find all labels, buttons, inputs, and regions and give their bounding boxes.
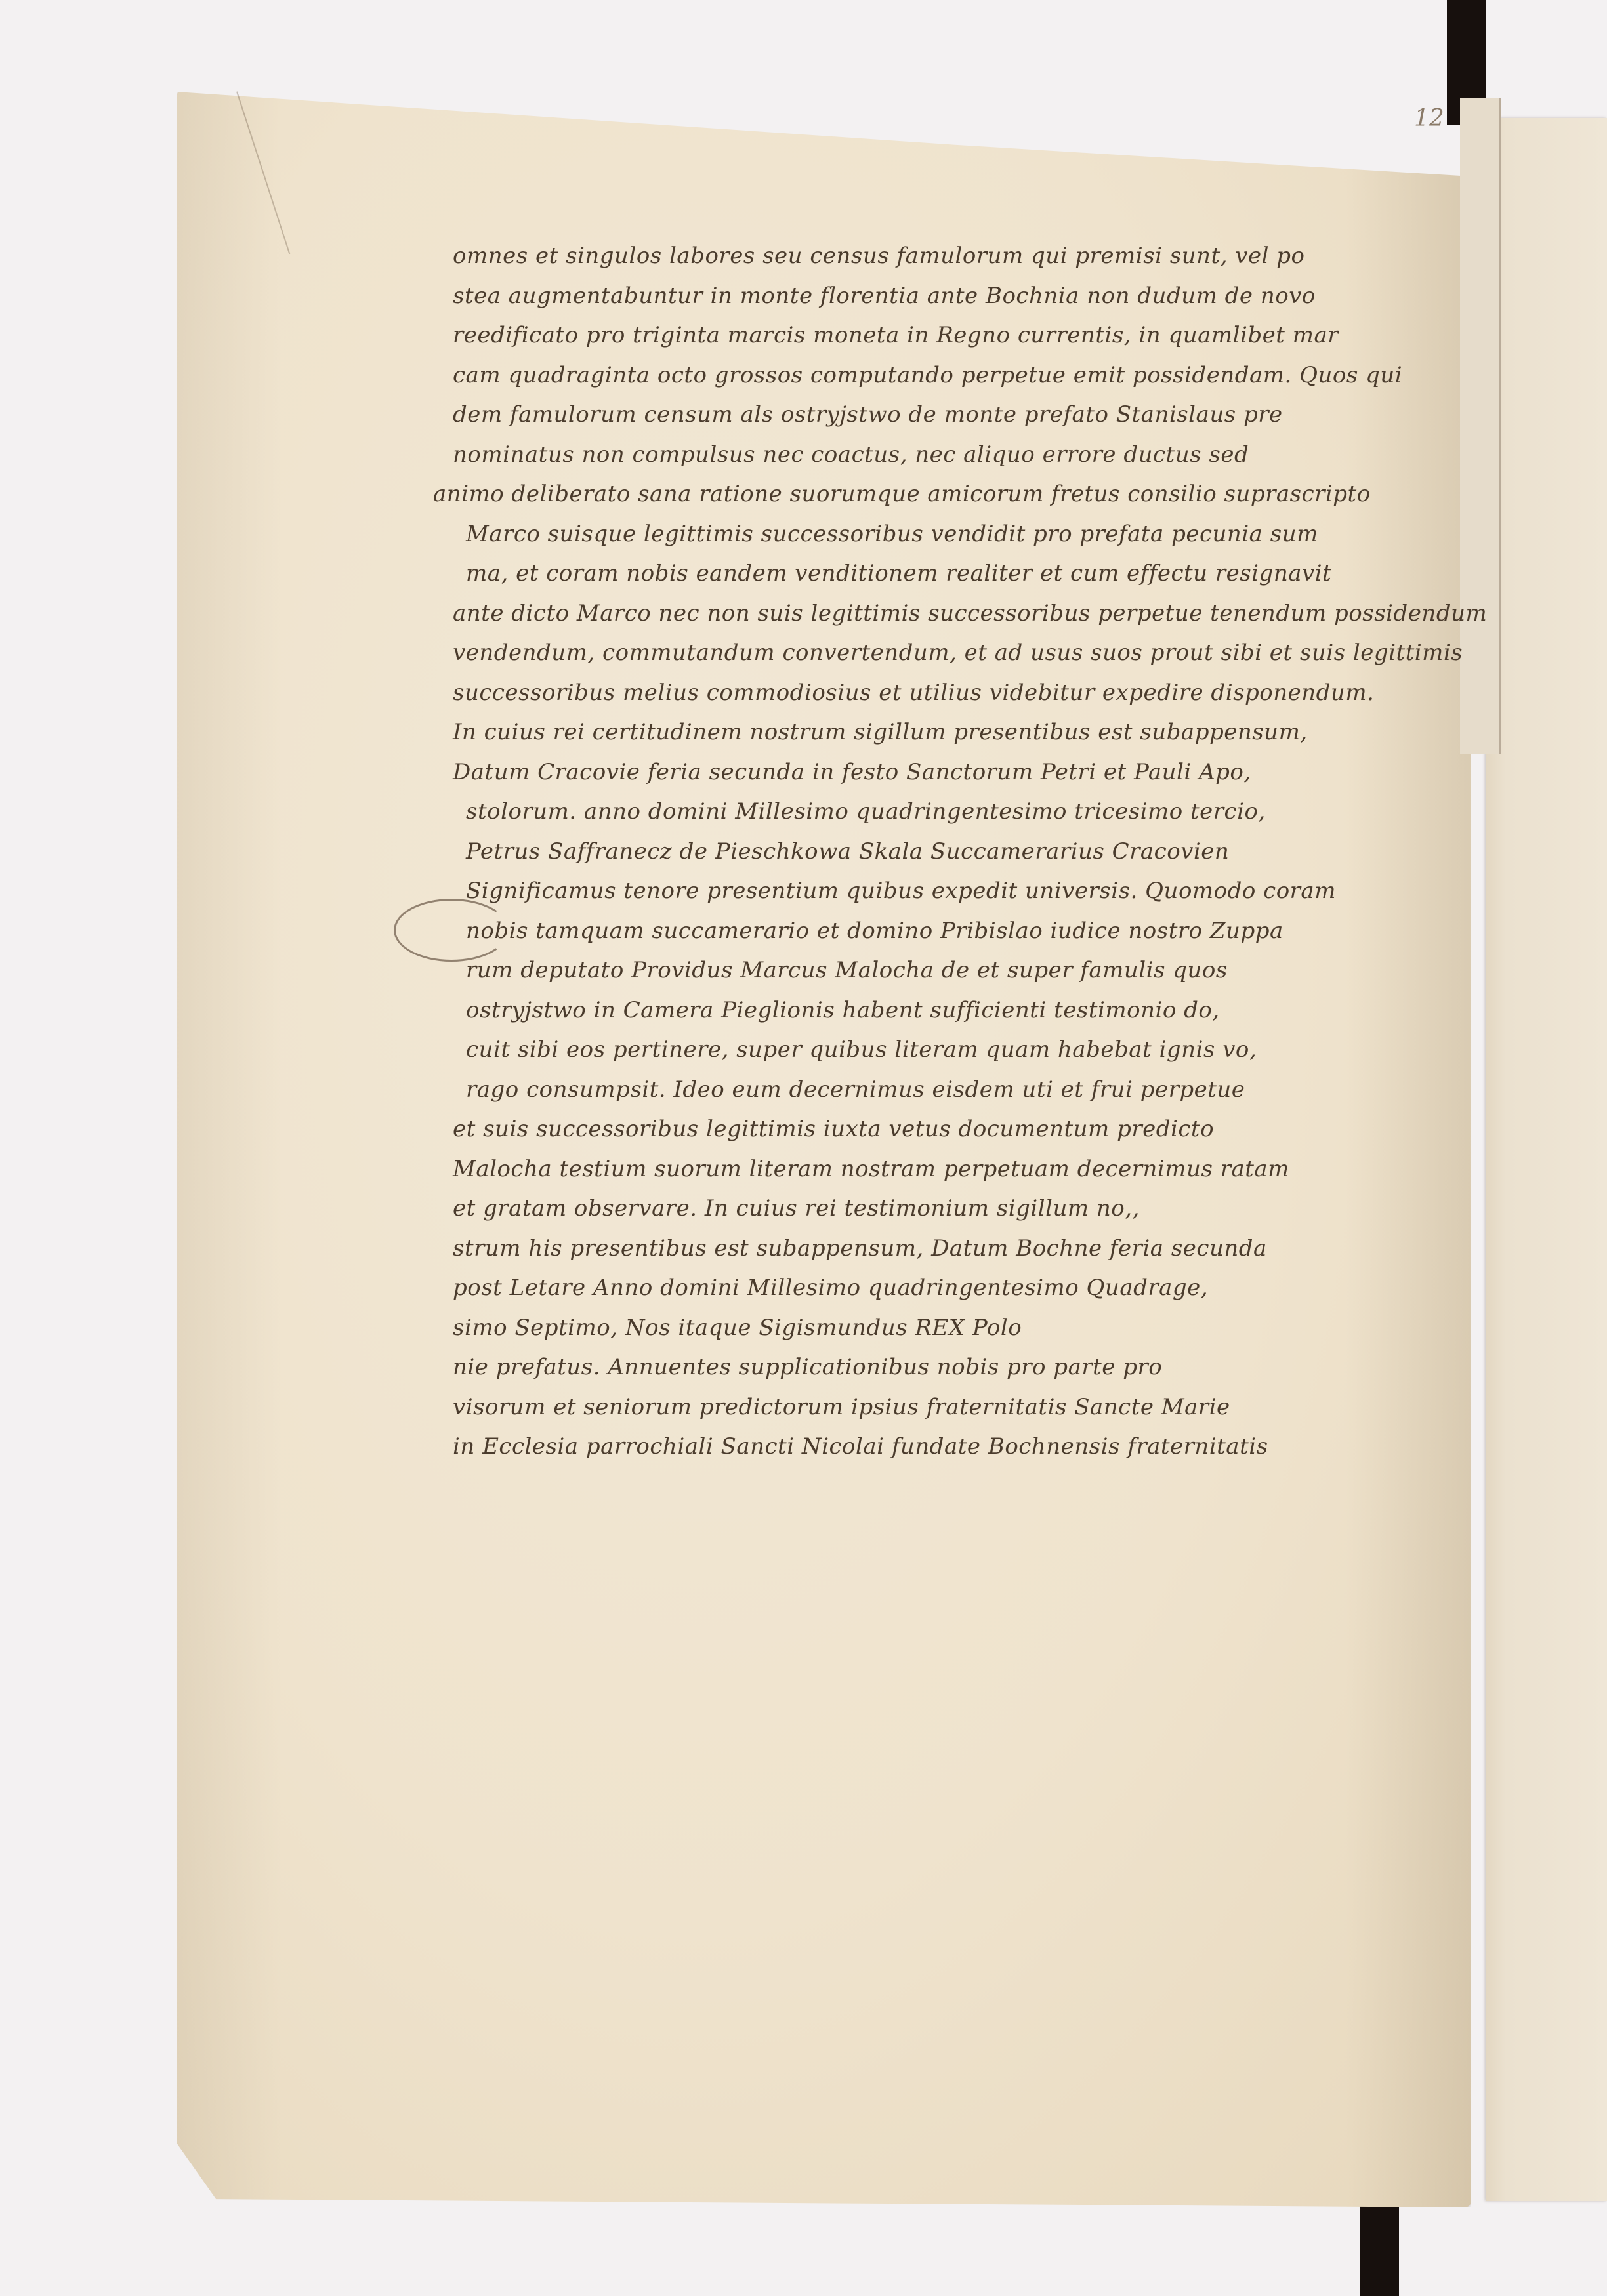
text-line: Petrus Saffranecz de Pieschkowa Skala Su…: [466, 832, 1450, 872]
text-line: nobis tamquam succamerario et domino Pri…: [466, 911, 1450, 951]
text-line: et suis successoribus legittimis iuxta v…: [453, 1109, 1450, 1149]
manuscript-text: omnes et singulos labores seu census fam…: [453, 236, 1450, 1467]
text-line: strum his presentibus est subappensum, D…: [453, 1229, 1450, 1269]
text-line: ma, et coram nobis eandem venditionem re…: [466, 554, 1450, 594]
text-line: in Ecclesia parrochiali Sancti Nicolai f…: [453, 1427, 1450, 1467]
binding-guard-strip: [1460, 98, 1501, 754]
text-line: cam quadraginta octo grossos computando …: [453, 356, 1450, 396]
text-line: vendendum, commutandum convertendum, et …: [453, 633, 1450, 673]
text-line: post Letare Anno domini Millesimo quadri…: [453, 1268, 1450, 1308]
text-line: rago consumpsit. Ideo eum decernimus eis…: [466, 1070, 1450, 1110]
text-line: animo deliberato sana ratione suorumque …: [433, 474, 1450, 514]
text-line: simo Septimo, Nos itaque Sigismundus REX…: [453, 1308, 1450, 1348]
text-line: reedificato pro triginta marcis moneta i…: [453, 316, 1450, 356]
text-line: successoribus melius commodiosius et uti…: [453, 673, 1450, 713]
text-line: nie prefatus. Annuentes supplicationibus…: [453, 1347, 1450, 1387]
text-line: Significamus tenore presentium quibus ex…: [466, 871, 1450, 911]
text-line: et gratam observare. In cuius rei testim…: [453, 1189, 1450, 1229]
text-line: Malocha testium suorum literam nostram p…: [453, 1149, 1450, 1189]
adjacent-folio: [1486, 118, 1607, 2201]
text-line: ostryjstwo in Camera Pieglionis habent s…: [466, 991, 1450, 1031]
text-line: Datum Cracovie feria secunda in festo Sa…: [453, 752, 1450, 792]
text-line: cuit sibi eos pertinere, super quibus li…: [466, 1030, 1450, 1070]
text-line: visorum et seniorum predictorum ipsius f…: [453, 1387, 1450, 1427]
binding-gap-bottom: [1360, 2204, 1399, 2296]
text-line: rum deputato Providus Marcus Malocha de …: [466, 951, 1450, 991]
text-line: nominatus non compulsus nec coactus, nec…: [453, 435, 1450, 475]
text-line: In cuius rei certitudinem nostrum sigill…: [453, 712, 1450, 752]
text-line: Marco suisque legittimis successoribus v…: [466, 514, 1450, 554]
text-line: dem famulorum censum als ostryjstwo de m…: [453, 395, 1450, 435]
text-line: stea augmentabuntur in monte florentia a…: [453, 276, 1450, 316]
folio-number: 12: [1414, 105, 1444, 132]
text-line: ante dicto Marco nec non suis legittimis…: [453, 594, 1450, 634]
text-line: omnes et singulos labores seu census fam…: [453, 236, 1450, 276]
text-line: stolorum. anno domini Millesimo quadring…: [466, 792, 1450, 832]
